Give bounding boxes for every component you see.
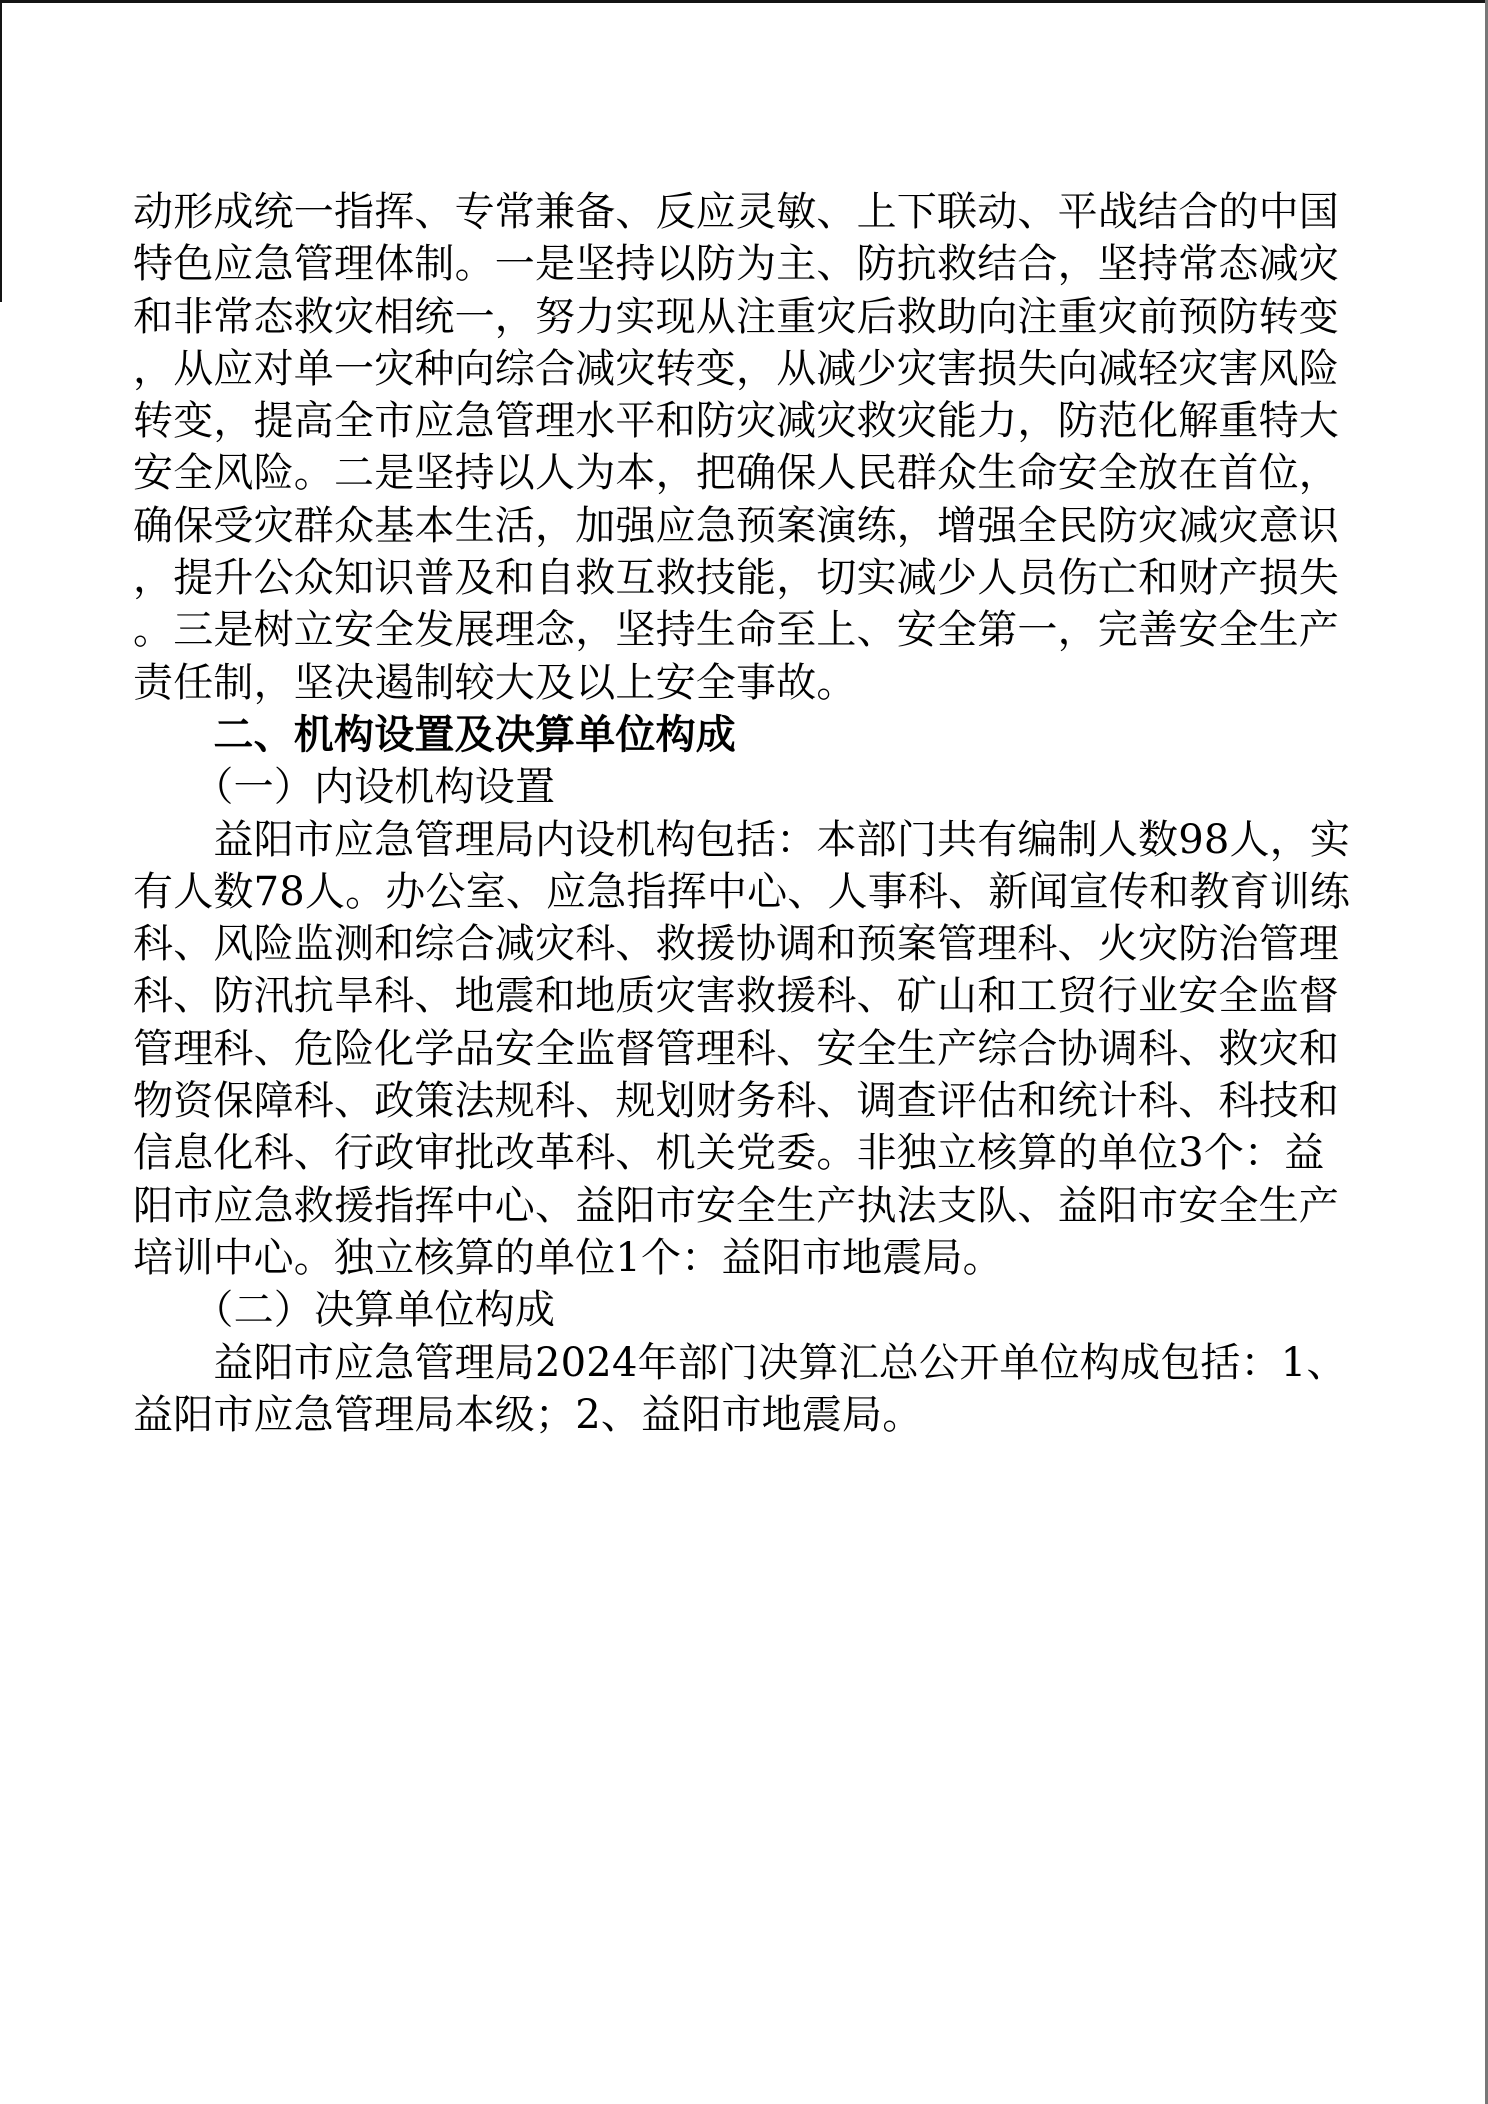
document-page: { "page": { "background": "#ffffff", "ed… bbox=[0, 0, 1488, 2104]
text-line: 物资保障科、政策法规科、规划财务科、调查评估和统计科、科技和 bbox=[133, 1075, 1343, 1127]
text-line: 。三是树立安全发展理念，坚持生命至上、安全第一，完善安全生产 bbox=[133, 604, 1343, 656]
page-top-edge-line bbox=[0, 0, 1488, 3]
text-line: 责任制，坚决遏制较大及以上安全事故。 bbox=[133, 657, 1343, 709]
page-left-edge-line bbox=[0, 0, 2, 302]
text-line: 有人数78人。办公室、应急指挥中心、人事科、新闻宣传和教育训练 bbox=[133, 866, 1343, 918]
text-line: 管理科、危险化学品安全监督管理科、安全生产综合协调科、救灾和 bbox=[133, 1023, 1343, 1075]
text-line: 益阳市应急管理局内设机构包括：本部门共有编制人数98人，实 bbox=[133, 814, 1343, 866]
text-line: 培训中心。独立核算的单位1个：益阳市地震局。 bbox=[133, 1232, 1343, 1284]
text-line: 动形成统一指挥、专常兼备、反应灵敏、上下联动、平战结合的中国 bbox=[133, 186, 1343, 238]
text-line: 和非常态救灾相统一，努力实现从注重灾后救助向注重灾前预防转变 bbox=[133, 291, 1343, 343]
text-line: 确保受灾群众基本生活，加强应急预案演练，增强全民防灾减灾意识 bbox=[133, 500, 1343, 552]
text-line: 科、风险监测和综合减灾科、救援协调和预案管理科、火灾防治管理 bbox=[133, 918, 1343, 970]
text-line: 安全风险。二是坚持以人为本，把确保人民群众生命安全放在首位， bbox=[133, 447, 1343, 499]
text-line: （一）内设机构设置 bbox=[133, 761, 1343, 813]
text-line: 转变，提高全市应急管理水平和防灾减灾救灾能力，防范化解重特大 bbox=[133, 395, 1343, 447]
section-heading: 二、机构设置及决算单位构成 bbox=[133, 709, 1343, 761]
text-line: （二）决算单位构成 bbox=[133, 1284, 1343, 1336]
text-line: ，从应对单一灾种向综合减灾转变，从减少灾害损失向减轻灾害风险 bbox=[133, 343, 1343, 395]
text-line: 益阳市应急管理局2024年部门决算汇总公开单位构成包括：1、 bbox=[133, 1337, 1343, 1389]
text-line: 科、防汛抗旱科、地震和地质灾害救援科、矿山和工贸行业安全监督 bbox=[133, 970, 1343, 1022]
text-line: 阳市应急救援指挥中心、益阳市安全生产执法支队、益阳市安全生产 bbox=[133, 1180, 1343, 1232]
text-line: ，提升公众知识普及和自救互救技能，切实减少人员伤亡和财产损失 bbox=[133, 552, 1343, 604]
text-line: 信息化科、行政审批改革科、机关党委。非独立核算的单位3个：益 bbox=[133, 1127, 1343, 1179]
text-line: 益阳市应急管理局本级；2、益阳市地震局。 bbox=[133, 1389, 1343, 1441]
text-line: 特色应急管理体制。一是坚持以防为主、防抗救结合，坚持常态减灾 bbox=[133, 238, 1343, 290]
document-text: 动形成统一指挥、专常兼备、反应灵敏、上下联动、平战结合的中国特色应急管理体制。一… bbox=[133, 186, 1343, 1441]
